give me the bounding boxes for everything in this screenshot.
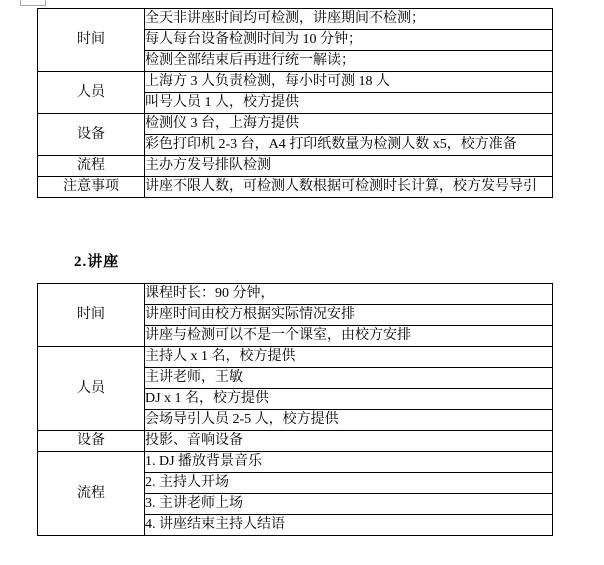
- table-row: 设备 投影、音响设备: [38, 431, 553, 452]
- row-label-personnel: 人员: [38, 72, 145, 114]
- table-cell: 投影、音响设备: [145, 431, 553, 452]
- table-cell: 3. 主讲老师上场: [145, 494, 553, 515]
- table-cell: 彩色打印机 2-3 台，A4 打印纸数量为检测人数 x5，校方准备: [145, 135, 553, 156]
- section-heading: 2.讲座: [74, 252, 119, 272]
- table-cell: DJ x 1 名，校方提供: [145, 389, 553, 410]
- table-cell: 叫号人员 1 人，校方提供: [145, 93, 553, 114]
- table-cell: 全天非讲座时间均可检测，讲座期间不检测；: [145, 9, 553, 30]
- table-cell: 主办方发号排队检测: [145, 156, 553, 177]
- table-row: 流程 主办方发号排队检测: [38, 156, 553, 177]
- row-label-equipment: 设备: [38, 114, 145, 156]
- table-cell: 讲座不限人数，可检测人数根据可检测时长计算，校方发号导引: [145, 177, 553, 198]
- table-cell: 检测全部结束后再进行统一解读；: [145, 51, 553, 72]
- row-label-time: 时间: [38, 9, 145, 72]
- table-cell: 每人每台设备检测时间为 10 分钟；: [145, 30, 553, 51]
- table-cell: 主持人 x 1 名，校方提供: [145, 347, 553, 368]
- table-cell: 会场导引人员 2-5 人，校方提供: [145, 410, 553, 431]
- table-move-handle[interactable]: [20, 0, 46, 6]
- table-row: 流程 1. DJ 播放背景音乐: [38, 452, 553, 473]
- table-cell: 2. 主持人开场: [145, 473, 553, 494]
- table-row: 时间 课程时长：90 分钟，: [38, 284, 553, 305]
- table-cell: 检测仪 3 台，上海方提供: [145, 114, 553, 135]
- table-cell: 1. DJ 播放背景音乐: [145, 452, 553, 473]
- table-cell: 讲座与检测可以不是一个课室，由校方安排: [145, 326, 553, 347]
- inspection-table: 时间 全天非讲座时间均可检测，讲座期间不检测； 每人每台设备检测时间为 10 分…: [37, 8, 553, 198]
- row-label-process: 流程: [38, 156, 145, 177]
- table-row: 时间 全天非讲座时间均可检测，讲座期间不检测；: [38, 9, 553, 30]
- table-row: 设备 检测仪 3 台，上海方提供: [38, 114, 553, 135]
- table-cell: 主讲老师，王敏: [145, 368, 553, 389]
- table-row: 人员 上海方 3 人负责检测，每小时可测 18 人: [38, 72, 553, 93]
- row-label-process: 流程: [38, 452, 145, 536]
- table-cell: 讲座时间由校方根据实际情况安排: [145, 305, 553, 326]
- row-label-personnel: 人员: [38, 347, 145, 431]
- lecture-table: 时间 课程时长：90 分钟， 讲座时间由校方根据实际情况安排 讲座与检测可以不是…: [37, 283, 553, 536]
- table-row: 人员 主持人 x 1 名，校方提供: [38, 347, 553, 368]
- table-cell: 4. 讲座结束主持人结语: [145, 515, 553, 536]
- document-page: { "colors": { "border": "#000000", "text…: [0, 0, 604, 565]
- row-label-time: 时间: [38, 284, 145, 347]
- table-cell: 上海方 3 人负责检测，每小时可测 18 人: [145, 72, 553, 93]
- row-label-notes: 注意事项: [38, 177, 145, 198]
- table-cell: 课程时长：90 分钟，: [145, 284, 553, 305]
- table-row: 注意事项 讲座不限人数，可检测人数根据可检测时长计算，校方发号导引: [38, 177, 553, 198]
- row-label-equipment: 设备: [38, 431, 145, 452]
